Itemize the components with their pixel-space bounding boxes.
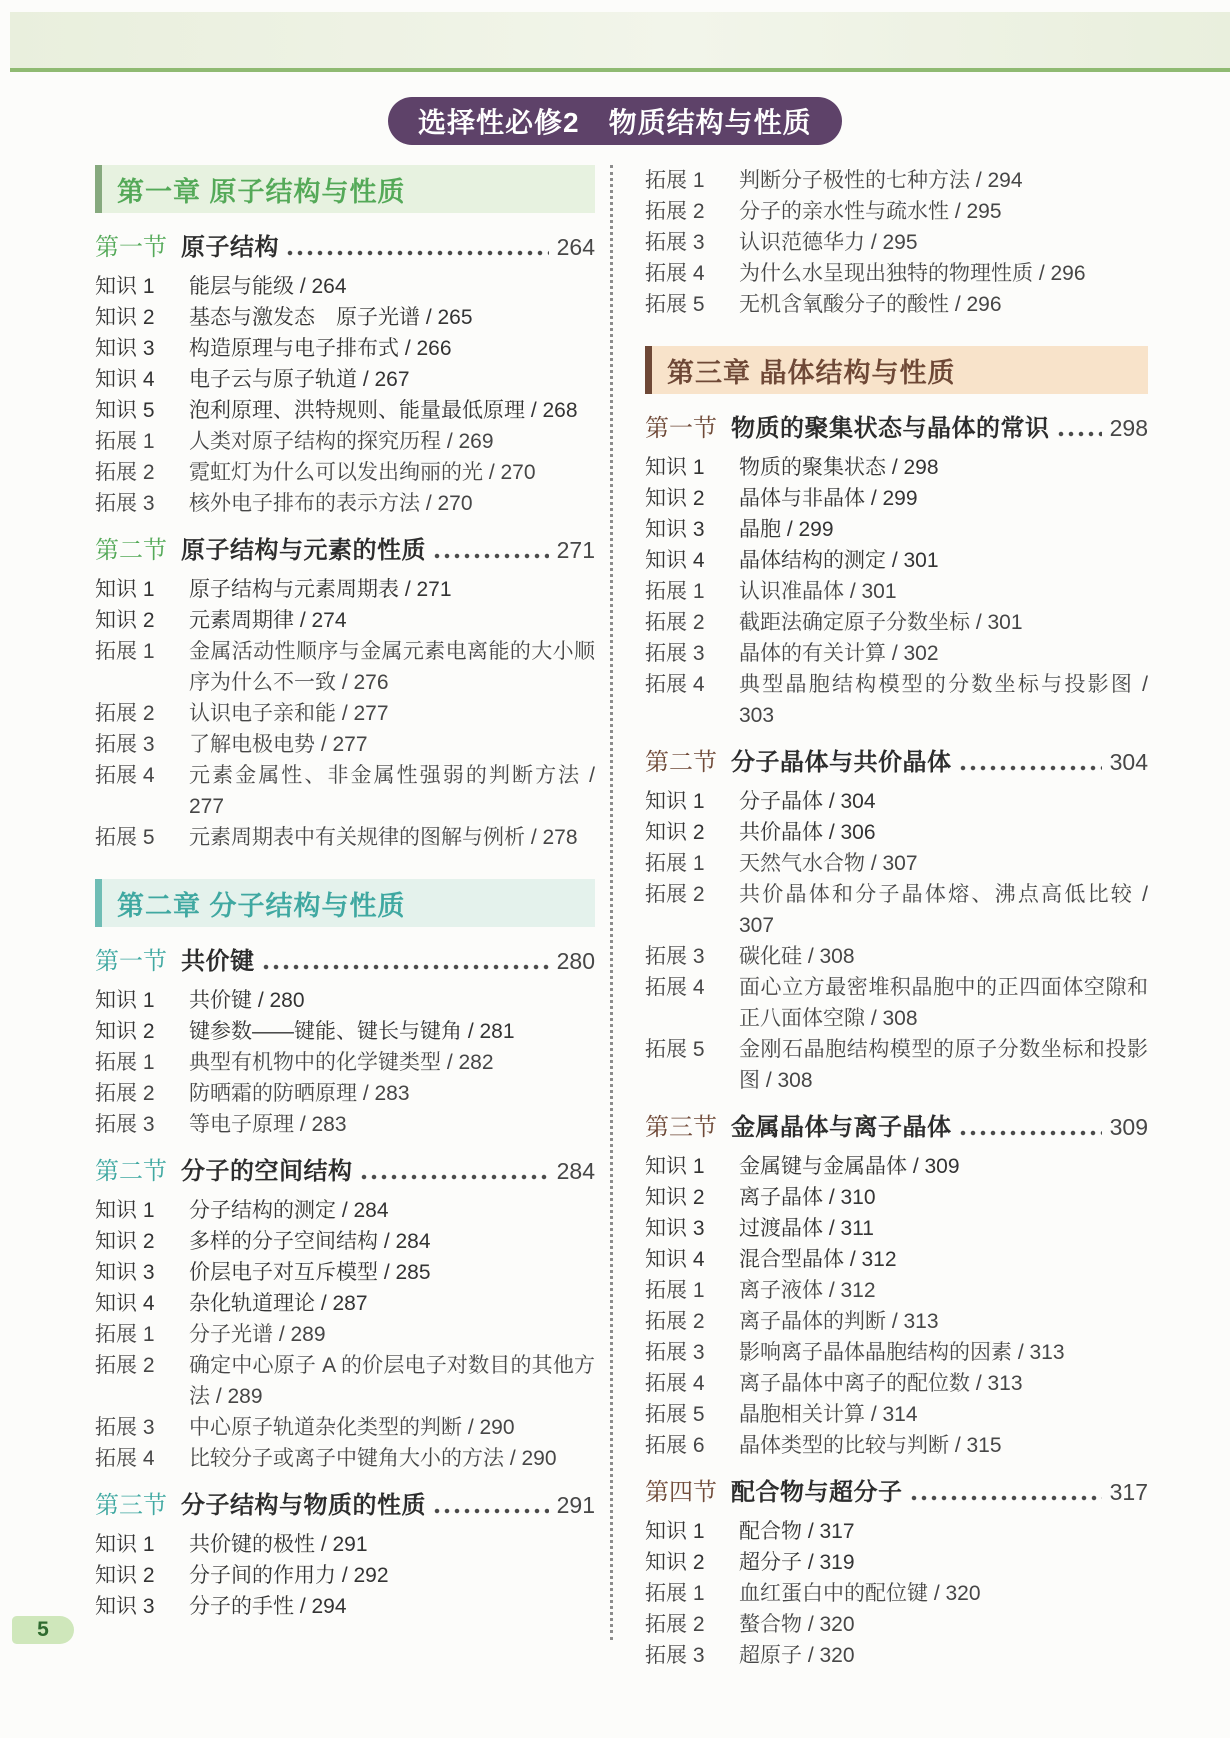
toc-entry: 知识 1配合物 / 317	[645, 1516, 1148, 1547]
toc-entry: 拓展 4典型晶胞结构模型的分数坐标与投影图 / 303	[645, 669, 1148, 731]
toc-entry: 拓展 4比较分子或离子中键角大小的方法 / 290	[95, 1443, 595, 1474]
section-heading: 第二节分子晶体与共价晶体304	[645, 742, 1148, 786]
entry-label: 知识 2	[645, 483, 739, 514]
entry-title: 晶体结构的测定 / 301	[739, 545, 1148, 576]
toc-entry: 知识 4电子云与原子轨道 / 267	[95, 364, 595, 395]
toc-entry: 知识 1分子晶体 / 304	[645, 786, 1148, 817]
entry-label: 知识 1	[95, 1529, 189, 1560]
toc-entry: 知识 2元素周期律 / 274	[95, 605, 595, 636]
section-label: 第三节	[95, 1486, 167, 1526]
entry-title: 分子光谱 / 289	[189, 1319, 595, 1350]
entry-label: 知识 2	[645, 1182, 739, 1213]
dot-leader	[359, 1172, 549, 1182]
entry-label: 知识 5	[95, 395, 189, 426]
entry-title: 螯合物 / 320	[739, 1609, 1148, 1640]
dot-leader	[1056, 429, 1102, 439]
entry-title: 分子的手性 / 294	[189, 1591, 595, 1622]
toc-entry: 拓展 1离子液体 / 312	[645, 1275, 1148, 1306]
dot-leader	[958, 763, 1102, 773]
entry-label: 拓展 2	[95, 1078, 189, 1109]
toc-entry: 拓展 1分子光谱 / 289	[95, 1319, 595, 1350]
entry-label: 拓展 2	[645, 1609, 739, 1640]
section-heading: 第一节共价键280	[95, 941, 595, 985]
entry-title: 价层电子对互斥模型 / 285	[189, 1257, 595, 1288]
section-label: 第二节	[95, 1152, 167, 1192]
toc-entry: 知识 2键参数——键能、键长与键角 / 281	[95, 1016, 595, 1047]
entry-title: 多样的分子空间结构 / 284	[189, 1226, 595, 1257]
entry-label: 拓展 4	[645, 258, 739, 289]
entry-label: 拓展 1	[645, 165, 739, 196]
entry-title: 面心立方最密堆积晶胞中的正四面体空隙和正八面体空隙 / 308	[739, 972, 1148, 1034]
entry-title: 判断分子极性的七种方法 / 294	[739, 165, 1148, 196]
toc-entry: 拓展 2离子晶体的判断 / 313	[645, 1306, 1148, 1337]
chapter-title: 第二章 分子结构与性质	[117, 884, 406, 923]
entry-title: 认识准晶体 / 301	[739, 576, 1148, 607]
section-label: 第三节	[645, 1108, 717, 1148]
section-page-number: 309	[1110, 1107, 1148, 1147]
entry-label: 知识 1	[95, 271, 189, 302]
entry-title: 分子晶体 / 304	[739, 786, 1148, 817]
toc-entry: 拓展 4为什么水呈现出独特的物理性质 / 296	[645, 258, 1148, 289]
section-title: 共价键	[181, 942, 255, 982]
section-label: 第四节	[645, 1473, 717, 1513]
entry-title: 原子结构与元素周期表 / 271	[189, 574, 595, 605]
toc-entry: 拓展 3了解电极电势 / 277	[95, 729, 595, 760]
toc-entry: 知识 1金属键与金属晶体 / 309	[645, 1151, 1148, 1182]
toc-entry: 拓展 6晶体类型的比较与判断 / 315	[645, 1430, 1148, 1461]
entry-label: 拓展 2	[95, 1350, 189, 1412]
toc-entry: 拓展 5无机含氧酸分子的酸性 / 296	[645, 289, 1148, 320]
entry-label: 拓展 3	[645, 638, 739, 669]
entry-label: 拓展 1	[645, 576, 739, 607]
entry-label: 知识 1	[645, 1151, 739, 1182]
toc-entry: 知识 3过渡晶体 / 311	[645, 1213, 1148, 1244]
entry-label: 知识 1	[645, 1516, 739, 1547]
toc-entry: 拓展 4离子晶体中离子的配位数 / 313	[645, 1368, 1148, 1399]
entry-title: 天然气水合物 / 307	[739, 848, 1148, 879]
entry-title: 防晒霜的防晒原理 / 283	[189, 1078, 595, 1109]
entry-label: 拓展 2	[645, 1306, 739, 1337]
toc-entry: 知识 4杂化轨道理论 / 287	[95, 1288, 595, 1319]
chapter-heading: 第三章 晶体结构与性质	[645, 346, 1148, 394]
dot-leader	[261, 962, 549, 972]
section-page-number: 317	[1110, 1472, 1148, 1512]
entry-title: 电子云与原子轨道 / 267	[189, 364, 595, 395]
toc-column-left: 第一章 原子结构与性质第一节原子结构264知识 1能层与能级 / 264知识 2…	[95, 165, 595, 1622]
toc-entry: 知识 2多样的分子空间结构 / 284	[95, 1226, 595, 1257]
entry-title: 晶体与非晶体 / 299	[739, 483, 1148, 514]
toc-entry: 拓展 3影响离子晶体晶胞结构的因素 / 313	[645, 1337, 1148, 1368]
section-label: 第二节	[95, 531, 167, 571]
toc-entry: 知识 3构造原理与电子排布式 / 266	[95, 333, 595, 364]
toc-entry: 知识 1分子结构的测定 / 284	[95, 1195, 595, 1226]
toc-entry: 知识 3晶胞 / 299	[645, 514, 1148, 545]
toc-entry: 知识 2基态与激发态 原子光谱 / 265	[95, 302, 595, 333]
toc-entry: 知识 2超分子 / 319	[645, 1547, 1148, 1578]
entry-title: 人类对原子结构的探究历程 / 269	[189, 426, 595, 457]
toc-entry: 拓展 2螯合物 / 320	[645, 1609, 1148, 1640]
entry-label: 拓展 1	[95, 1047, 189, 1078]
book-title-banner: 选择性必修2 物质结构与性质	[388, 97, 842, 145]
section-page-number: 284	[557, 1151, 595, 1191]
toc-entry: 知识 4混合型晶体 / 312	[645, 1244, 1148, 1275]
entry-title: 物质的聚集状态 / 298	[739, 452, 1148, 483]
entry-label: 拓展 3	[95, 729, 189, 760]
toc-entry: 拓展 1认识准晶体 / 301	[645, 576, 1148, 607]
section-label: 第一节	[95, 228, 167, 268]
entry-title: 离子液体 / 312	[739, 1275, 1148, 1306]
entry-label: 拓展 1	[645, 848, 739, 879]
toc-entry: 知识 1共价键 / 280	[95, 985, 595, 1016]
entry-title: 影响离子晶体晶胞结构的因素 / 313	[739, 1337, 1148, 1368]
entry-title: 核外电子排布的表示方法 / 270	[189, 488, 595, 519]
entry-label: 拓展 3	[95, 488, 189, 519]
section-label: 第一节	[95, 942, 167, 982]
section-title: 金属晶体与离子晶体	[731, 1108, 952, 1148]
toc-entry: 知识 4晶体结构的测定 / 301	[645, 545, 1148, 576]
section-page-number: 298	[1110, 408, 1148, 448]
entry-label: 拓展 1	[95, 426, 189, 457]
entry-label: 知识 4	[95, 364, 189, 395]
entry-label: 拓展 2	[95, 457, 189, 488]
section-label: 第一节	[645, 409, 717, 449]
entry-label: 拓展 4	[645, 669, 739, 731]
toc-entry: 拓展 2认识电子亲和能 / 277	[95, 698, 595, 729]
entry-label: 拓展 3	[645, 1337, 739, 1368]
entry-title: 霓虹灯为什么可以发出绚丽的光 / 270	[189, 457, 595, 488]
entry-title: 分子间的作用力 / 292	[189, 1560, 595, 1591]
toc-entry: 拓展 2分子的亲水性与疏水性 / 295	[645, 196, 1148, 227]
entry-title: 混合型晶体 / 312	[739, 1244, 1148, 1275]
entry-title: 中心原子轨道杂化类型的判断 / 290	[189, 1412, 595, 1443]
entry-title: 分子的亲水性与疏水性 / 295	[739, 196, 1148, 227]
entry-label: 拓展 5	[95, 822, 189, 853]
toc-entry: 拓展 1人类对原子结构的探究历程 / 269	[95, 426, 595, 457]
entry-label: 拓展 4	[95, 760, 189, 822]
book-title: 选择性必修2 物质结构与性质	[418, 101, 812, 141]
toc-entry: 知识 3分子的手性 / 294	[95, 1591, 595, 1622]
toc-entry: 知识 2离子晶体 / 310	[645, 1182, 1148, 1213]
entry-title: 元素周期律 / 274	[189, 605, 595, 636]
toc-entry: 知识 1原子结构与元素周期表 / 271	[95, 574, 595, 605]
dot-leader	[285, 248, 549, 258]
entry-title: 等电子原理 / 283	[189, 1109, 595, 1140]
entry-title: 共价键 / 280	[189, 985, 595, 1016]
entry-label: 拓展 3	[645, 1640, 739, 1671]
toc-entry: 拓展 3核外电子排布的表示方法 / 270	[95, 488, 595, 519]
entry-title: 元素金属性、非金属性强弱的判断方法 / 277	[189, 760, 595, 822]
entry-title: 分子结构的测定 / 284	[189, 1195, 595, 1226]
toc-entry: 知识 2晶体与非晶体 / 299	[645, 483, 1148, 514]
entry-title: 共价键的极性 / 291	[189, 1529, 595, 1560]
entry-label: 知识 1	[645, 452, 739, 483]
entry-label: 知识 3	[95, 333, 189, 364]
toc-entry: 拓展 1血红蛋白中的配位键 / 320	[645, 1578, 1148, 1609]
entry-title: 无机含氧酸分子的酸性 / 296	[739, 289, 1148, 320]
section-page-number: 304	[1110, 742, 1148, 782]
entry-label: 知识 4	[95, 1288, 189, 1319]
entry-title: 配合物 / 317	[739, 1516, 1148, 1547]
entry-label: 拓展 2	[95, 698, 189, 729]
toc-entry: 拓展 2截距法确定原子分数坐标 / 301	[645, 607, 1148, 638]
entry-title: 典型有机物中的化学键类型 / 282	[189, 1047, 595, 1078]
section-heading: 第一节原子结构264	[95, 227, 595, 271]
section-label: 第二节	[645, 743, 717, 783]
entry-label: 拓展 2	[645, 196, 739, 227]
entry-title: 晶体的有关计算 / 302	[739, 638, 1148, 669]
entry-label: 拓展 3	[95, 1109, 189, 1140]
entry-title: 元素周期表中有关规律的图解与例析 / 278	[189, 822, 595, 853]
entry-label: 知识 2	[95, 302, 189, 333]
entry-label: 知识 3	[645, 514, 739, 545]
dot-leader	[958, 1128, 1102, 1138]
section-heading: 第三节金属晶体与离子晶体309	[645, 1107, 1148, 1151]
entry-title: 截距法确定原子分数坐标 / 301	[739, 607, 1148, 638]
entry-label: 知识 2	[645, 1547, 739, 1578]
section-title: 原子结构	[181, 228, 279, 268]
entry-title: 碳化硅 / 308	[739, 941, 1148, 972]
entry-title: 基态与激发态 原子光谱 / 265	[189, 302, 595, 333]
entry-label: 拓展 4	[645, 972, 739, 1034]
entry-title: 共价晶体 / 306	[739, 817, 1148, 848]
entry-label: 知识 2	[95, 1226, 189, 1257]
entry-label: 拓展 6	[645, 1430, 739, 1461]
entry-label: 知识 3	[645, 1213, 739, 1244]
section-heading: 第一节物质的聚集状态与晶体的常识298	[645, 408, 1148, 452]
entry-title: 确定中心原子 A 的价层电子对数目的其他方法 / 289	[189, 1350, 595, 1412]
section-title: 分子的空间结构	[181, 1152, 353, 1192]
entry-label: 拓展 5	[645, 1034, 739, 1096]
entry-label: 拓展 2	[645, 607, 739, 638]
page-number: 5	[37, 1618, 49, 1642]
toc-entry: 知识 3价层电子对互斥模型 / 285	[95, 1257, 595, 1288]
entry-title: 血红蛋白中的配位键 / 320	[739, 1578, 1148, 1609]
entry-title: 离子晶体 / 310	[739, 1182, 1148, 1213]
section-page-number: 291	[557, 1485, 595, 1525]
entry-label: 知识 4	[645, 545, 739, 576]
toc-entry: 拓展 3认识范德华力 / 295	[645, 227, 1148, 258]
entry-label: 拓展 3	[95, 1412, 189, 1443]
entry-label: 拓展 3	[645, 227, 739, 258]
toc-entry: 拓展 3等电子原理 / 283	[95, 1109, 595, 1140]
toc-entry: 拓展 5晶胞相关计算 / 314	[645, 1399, 1148, 1430]
toc-entry: 拓展 1天然气水合物 / 307	[645, 848, 1148, 879]
entry-label: 知识 2	[95, 1560, 189, 1591]
toc-entry: 知识 1共价键的极性 / 291	[95, 1529, 595, 1560]
toc-entry: 知识 2分子间的作用力 / 292	[95, 1560, 595, 1591]
dot-leader	[909, 1493, 1102, 1503]
entry-title: 泡利原理、洪特规则、能量最低原理 / 268	[189, 395, 595, 426]
entry-title: 典型晶胞结构模型的分数坐标与投影图 / 303	[739, 669, 1148, 731]
toc-entry: 拓展 4元素金属性、非金属性强弱的判断方法 / 277	[95, 760, 595, 822]
section-heading: 第二节原子结构与元素的性质271	[95, 530, 595, 574]
entry-title: 了解电极电势 / 277	[189, 729, 595, 760]
entry-label: 拓展 4	[95, 1443, 189, 1474]
section-title: 配合物与超分子	[731, 1473, 903, 1513]
toc-entry: 知识 1能层与能级 / 264	[95, 271, 595, 302]
toc-entry: 知识 1物质的聚集状态 / 298	[645, 452, 1148, 483]
entry-label: 拓展 5	[645, 289, 739, 320]
toc-entry: 拓展 2霓虹灯为什么可以发出绚丽的光 / 270	[95, 457, 595, 488]
entry-title: 离子晶体中离子的配位数 / 313	[739, 1368, 1148, 1399]
section-title: 原子结构与元素的性质	[181, 531, 426, 571]
entry-title: 键参数——键能、键长与键角 / 281	[189, 1016, 595, 1047]
chapter-heading: 第二章 分子结构与性质	[95, 879, 595, 927]
entry-title: 比较分子或离子中键角大小的方法 / 290	[189, 1443, 595, 1474]
entry-label: 知识 1	[95, 574, 189, 605]
entry-label: 知识 2	[95, 1016, 189, 1047]
toc-entry: 拓展 2防晒霜的防晒原理 / 283	[95, 1078, 595, 1109]
header-band	[10, 12, 1230, 72]
section-page-number: 264	[557, 227, 595, 267]
entry-title: 能层与能级 / 264	[189, 271, 595, 302]
chapter-title: 第三章 晶体结构与性质	[667, 351, 956, 390]
entry-label: 拓展 1	[95, 636, 189, 698]
toc-entry: 拓展 3晶体的有关计算 / 302	[645, 638, 1148, 669]
entry-label: 知识 3	[95, 1257, 189, 1288]
entry-label: 拓展 1	[645, 1275, 739, 1306]
entry-label: 知识 1	[95, 1195, 189, 1226]
entry-title: 认识范德华力 / 295	[739, 227, 1148, 258]
entry-label: 知识 4	[645, 1244, 739, 1275]
entry-label: 拓展 1	[95, 1319, 189, 1350]
chapter-heading: 第一章 原子结构与性质	[95, 165, 595, 213]
toc-entry: 拓展 3碳化硅 / 308	[645, 941, 1148, 972]
entry-title: 晶胞 / 299	[739, 514, 1148, 545]
toc-entry: 拓展 1典型有机物中的化学键类型 / 282	[95, 1047, 595, 1078]
page-number-badge: 5	[12, 1616, 74, 1644]
toc-entry: 拓展 5金刚石晶胞结构模型的原子分数坐标和投影图 / 308	[645, 1034, 1148, 1096]
entry-label: 拓展 2	[645, 879, 739, 941]
toc-column-right: 拓展 1判断分子极性的七种方法 / 294拓展 2分子的亲水性与疏水性 / 29…	[645, 165, 1148, 1671]
entry-title: 晶胞相关计算 / 314	[739, 1399, 1148, 1430]
section-heading: 第三节分子结构与物质的性质291	[95, 1485, 595, 1529]
entry-label: 拓展 5	[645, 1399, 739, 1430]
chapter-title: 第一章 原子结构与性质	[117, 170, 406, 209]
toc-entry: 拓展 3超原子 / 320	[645, 1640, 1148, 1671]
entry-label: 知识 1	[95, 985, 189, 1016]
entry-label: 拓展 1	[645, 1578, 739, 1609]
section-title: 分子结构与物质的性质	[181, 1486, 426, 1526]
entry-label: 知识 1	[645, 786, 739, 817]
section-title: 分子晶体与共价晶体	[731, 743, 952, 783]
entry-title: 构造原理与电子排布式 / 266	[189, 333, 595, 364]
entry-title: 离子晶体的判断 / 313	[739, 1306, 1148, 1337]
entry-title: 认识电子亲和能 / 277	[189, 698, 595, 729]
entry-title: 过渡晶体 / 311	[739, 1213, 1148, 1244]
section-heading: 第四节配合物与超分子317	[645, 1472, 1148, 1516]
entry-label: 知识 2	[95, 605, 189, 636]
section-page-number: 271	[557, 530, 595, 570]
entry-title: 金属键与金属晶体 / 309	[739, 1151, 1148, 1182]
section-page-number: 280	[557, 941, 595, 981]
toc-entry: 知识 2共价晶体 / 306	[645, 817, 1148, 848]
toc-entry: 知识 5泡利原理、洪特规则、能量最低原理 / 268	[95, 395, 595, 426]
entry-label: 拓展 4	[645, 1368, 739, 1399]
entry-title: 金刚石晶胞结构模型的原子分数坐标和投影图 / 308	[739, 1034, 1148, 1096]
dot-leader	[432, 551, 549, 561]
entry-title: 杂化轨道理论 / 287	[189, 1288, 595, 1319]
entry-title: 金属活动性顺序与金属元素电离能的大小顺序为什么不一致 / 276	[189, 636, 595, 698]
section-heading: 第二节分子的空间结构284	[95, 1151, 595, 1195]
entry-title: 超原子 / 320	[739, 1640, 1148, 1671]
entry-title: 为什么水呈现出独特的物理性质 / 296	[739, 258, 1148, 289]
entry-label: 知识 3	[95, 1591, 189, 1622]
entry-title: 共价晶体和分子晶体熔、沸点高低比较 / 307	[739, 879, 1148, 941]
toc-entry: 拓展 1判断分子极性的七种方法 / 294	[645, 165, 1148, 196]
toc-entry: 拓展 4面心立方最密堆积晶胞中的正四面体空隙和正八面体空隙 / 308	[645, 972, 1148, 1034]
entry-title: 晶体类型的比较与判断 / 315	[739, 1430, 1148, 1461]
toc-entry: 拓展 2确定中心原子 A 的价层电子对数目的其他方法 / 289	[95, 1350, 595, 1412]
section-title: 物质的聚集状态与晶体的常识	[731, 409, 1050, 449]
entry-label: 知识 2	[645, 817, 739, 848]
entry-label: 拓展 3	[645, 941, 739, 972]
toc-entry: 拓展 3中心原子轨道杂化类型的判断 / 290	[95, 1412, 595, 1443]
toc-entry: 拓展 5元素周期表中有关规律的图解与例析 / 278	[95, 822, 595, 853]
toc-entry: 拓展 2共价晶体和分子晶体熔、沸点高低比较 / 307	[645, 879, 1148, 941]
column-divider	[610, 165, 613, 1640]
dot-leader	[432, 1506, 549, 1516]
entry-title: 超分子 / 319	[739, 1547, 1148, 1578]
toc-entry: 拓展 1金属活动性顺序与金属元素电离能的大小顺序为什么不一致 / 276	[95, 636, 595, 698]
